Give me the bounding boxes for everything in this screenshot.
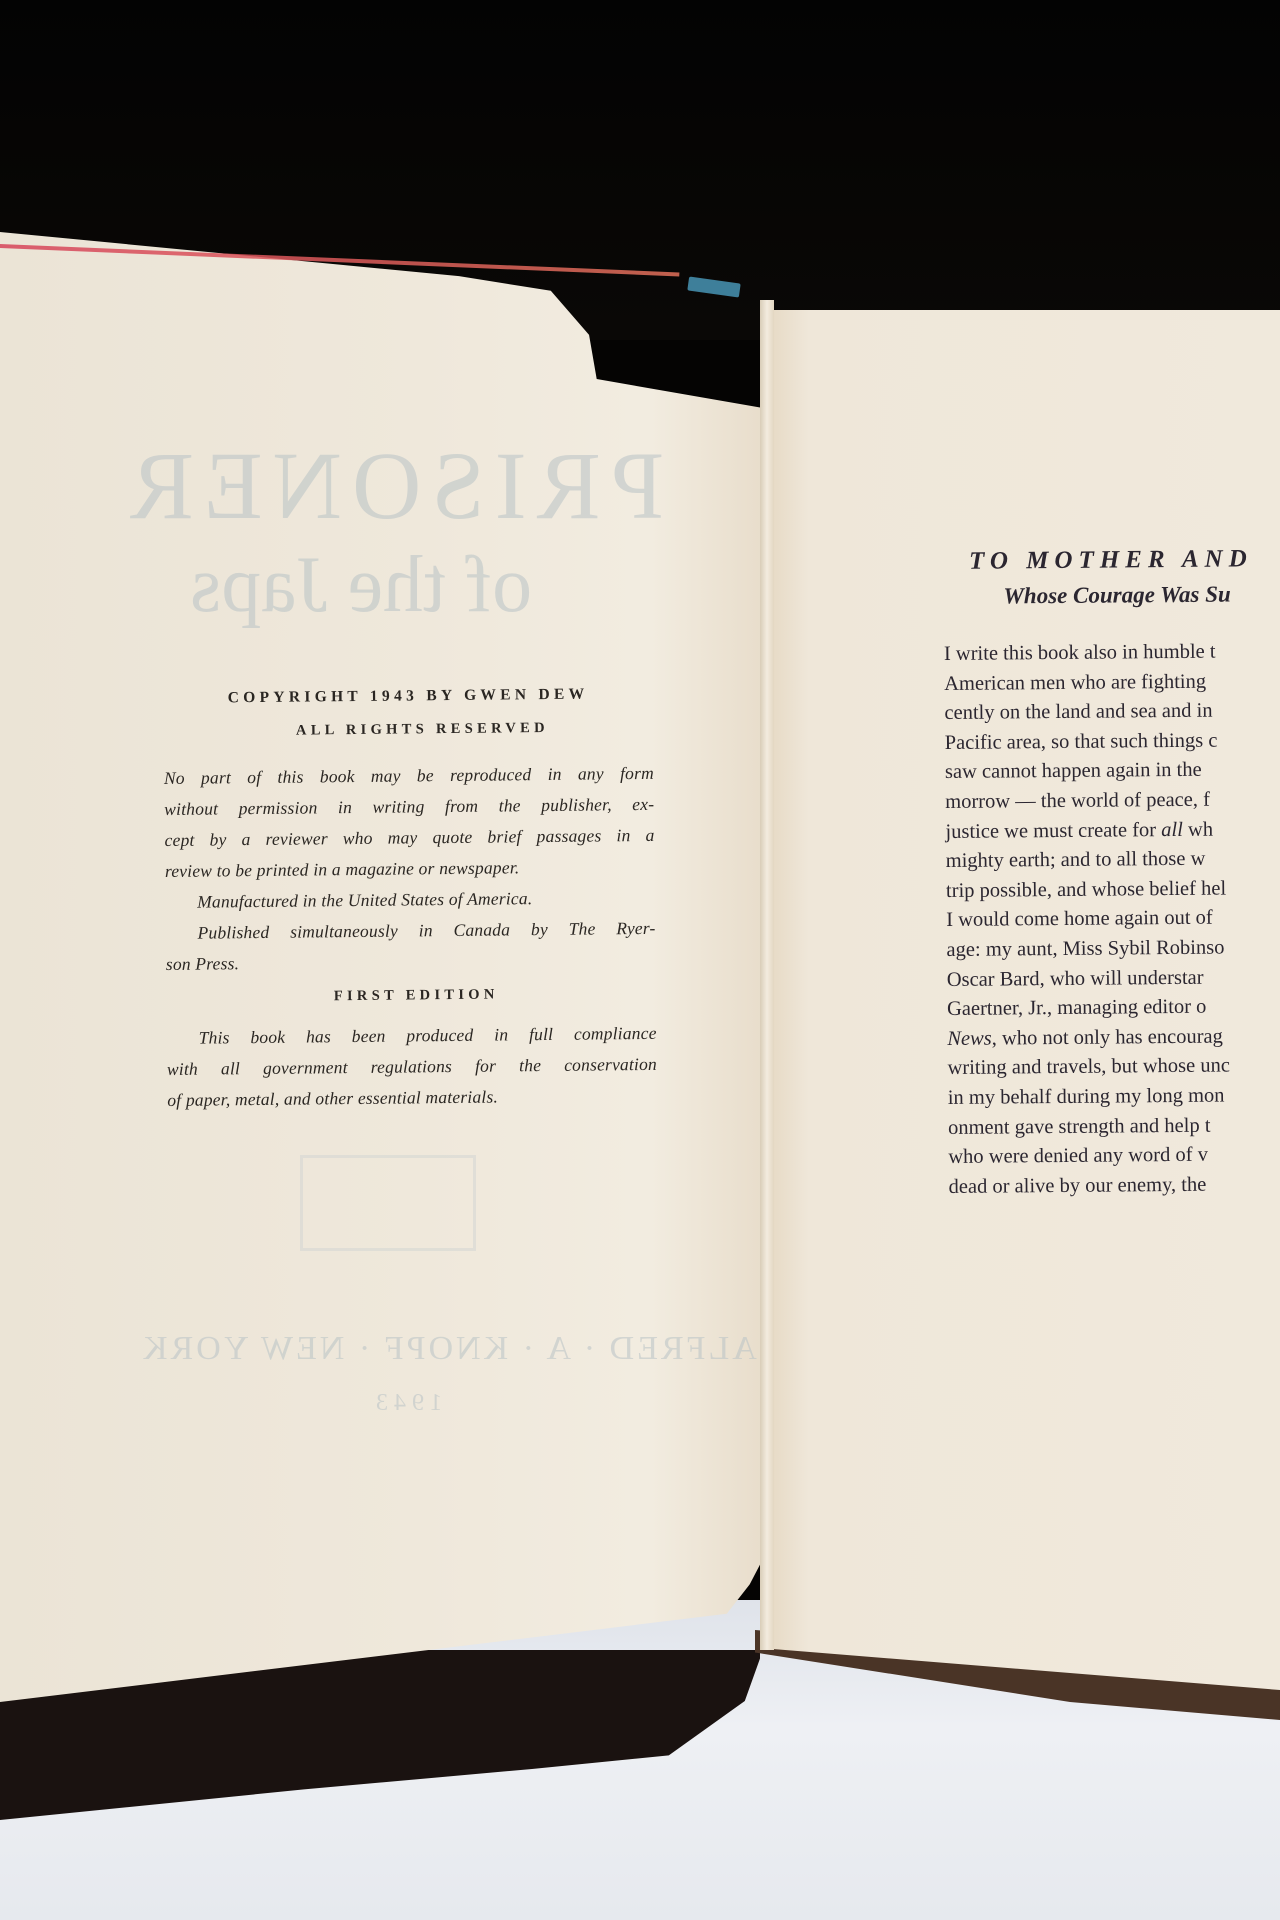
manufactured-line: Manufactured in the United States of Ame…	[165, 882, 655, 918]
copyright-block: COPYRIGHT 1943 BY GWEN DEW ALL RIGHTS RE…	[163, 685, 657, 1116]
body-line: trip possible, and whose belief hel	[946, 873, 1280, 906]
dedication-heading: TO MOTHER AND	[943, 545, 1280, 576]
italic-word: News	[947, 1027, 992, 1049]
body-line: morrow — the world of peace, f	[945, 784, 1280, 817]
body-line: who were denied any word of v	[948, 1140, 1280, 1173]
body-line: American men who are fighting	[944, 666, 1280, 699]
edition-line: FIRST EDITION	[166, 985, 656, 1007]
copyright-line: COPYRIGHT 1943 BY GWEN DEW	[163, 685, 653, 708]
compliance-line: of paper, metal, and other essential mat…	[167, 1080, 657, 1116]
body-line: in my behalf during my long mon	[948, 1080, 1280, 1113]
bleed-through-subtitle: of the Japs	[190, 540, 532, 631]
notice-line: without permission in writing from the p…	[164, 789, 654, 825]
body-line: writing and travels, but whose unc	[947, 1051, 1280, 1084]
body-line-text: justice we must create for	[945, 819, 1161, 843]
reproduction-notice: No part of this book may be reproduced i…	[164, 758, 656, 980]
rights-line: ALL RIGHTS RESERVED	[163, 719, 653, 741]
bleed-through-emblem-icon	[300, 1155, 476, 1251]
dedication-body: I write this book also in humble t Ameri…	[944, 637, 1280, 1203]
published-line: Published simultaneously in Canada by Th…	[165, 913, 655, 949]
notice-line: cept by a reviewer who may quote brief p…	[164, 820, 654, 856]
notice-line: No part of this book may be reproduced i…	[164, 758, 654, 794]
bleed-through-title: PRISONER	[120, 430, 664, 541]
italic-word: all	[1161, 818, 1183, 840]
body-line-tail: wh	[1183, 818, 1213, 840]
body-line-tail: , who not only has encourag	[992, 1025, 1223, 1049]
body-line: justice we must create for all wh	[945, 814, 1280, 847]
body-line: Pacific area, so that such things c	[945, 725, 1280, 758]
body-line: onment gave strength and help t	[948, 1110, 1280, 1143]
notice-line: review to be printed in a magazine or ne…	[165, 851, 655, 887]
body-line: News, who not only has encourag	[947, 1021, 1280, 1054]
bleed-through-publisher: ALFRED · A · KNOPF · NEW YORK	[140, 1330, 757, 1368]
body-line: saw cannot happen again in the	[945, 755, 1280, 788]
body-line: dead or alive by our enemy, the	[948, 1169, 1280, 1202]
bleed-through-year: 1943	[370, 1390, 442, 1417]
compliance-notice: This book has been produced in full comp…	[166, 1018, 657, 1116]
body-line: age: my aunt, Miss Sybil Robinso	[946, 932, 1280, 965]
body-line: mighty earth; and to all those w	[946, 844, 1280, 877]
dedication-block: TO MOTHER AND Whose Courage Was Su I wri…	[943, 545, 1280, 1203]
body-line: I write this book also in humble t	[944, 637, 1280, 670]
body-line: Gaertner, Jr., managing editor o	[947, 992, 1280, 1025]
dedication-subheading: Whose Courage Was Su	[943, 581, 1280, 610]
book-gutter	[760, 300, 774, 1650]
compliance-line: This book has been produced in full comp…	[166, 1018, 656, 1054]
body-line: cently on the land and sea and in	[944, 696, 1280, 729]
body-line: I would come home again out of	[946, 903, 1280, 936]
body-line: Oscar Bard, who will understar	[947, 962, 1280, 995]
compliance-line: with all government regulations for the …	[167, 1049, 657, 1085]
published-line: son Press.	[166, 944, 656, 980]
